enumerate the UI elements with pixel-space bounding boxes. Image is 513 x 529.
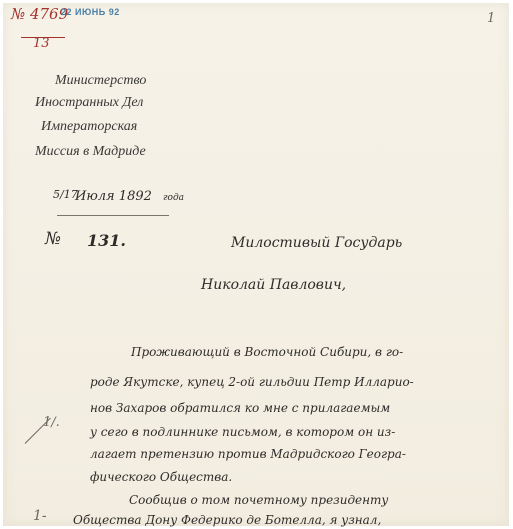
date-suffix: года bbox=[163, 193, 184, 203]
archive-number: № 4769 bbox=[11, 5, 68, 23]
date-month-year: Июля 1892 bbox=[75, 189, 152, 204]
letterhead-line: Иностранных Дел bbox=[35, 95, 143, 111]
body-line: Общества Дону Федерико де Ботелла, я узн… bbox=[73, 513, 381, 527]
bottom-margin-mark: 1- bbox=[33, 508, 47, 524]
letterhead-line: Миссия в Мадриде bbox=[35, 144, 146, 160]
date-day: 5/17 bbox=[53, 188, 78, 201]
body-line: Проживающий в Восточной Сибири, в го- bbox=[131, 345, 403, 359]
letterhead-line: Императорская bbox=[41, 119, 137, 135]
body-line: Сообщив о том почетному президенту bbox=[129, 493, 388, 507]
date-underline bbox=[57, 215, 169, 216]
received-stamp: 22 ИЮНЬ 92 bbox=[61, 7, 120, 17]
page-number: 1 bbox=[487, 11, 495, 26]
reference-value: 131. bbox=[87, 231, 126, 250]
body-line: роде Якутске, купец 2-ой гильдии Петр Ил… bbox=[90, 375, 414, 389]
salutation-line-2: Николай Павлович, bbox=[201, 277, 346, 293]
body-line: нов Захаров обратился ко мне с прилагаем… bbox=[90, 401, 390, 415]
document-page: № 4769 13 22 ИЮНЬ 92 1 Министерство Инос… bbox=[3, 3, 509, 526]
enclosure-slash bbox=[25, 418, 51, 444]
reference-label: № bbox=[45, 229, 61, 249]
body-line: фического Общества. bbox=[90, 470, 232, 484]
body-line: у сего в подлиннике письмом, в котором о… bbox=[90, 425, 395, 439]
letterhead-line: Министерство bbox=[55, 73, 146, 89]
archive-sub-number: 13 bbox=[33, 36, 50, 51]
salutation-line-1: Милостивый Государь bbox=[231, 235, 402, 251]
body-line: лагает претензию против Мадридского Геог… bbox=[90, 447, 406, 461]
